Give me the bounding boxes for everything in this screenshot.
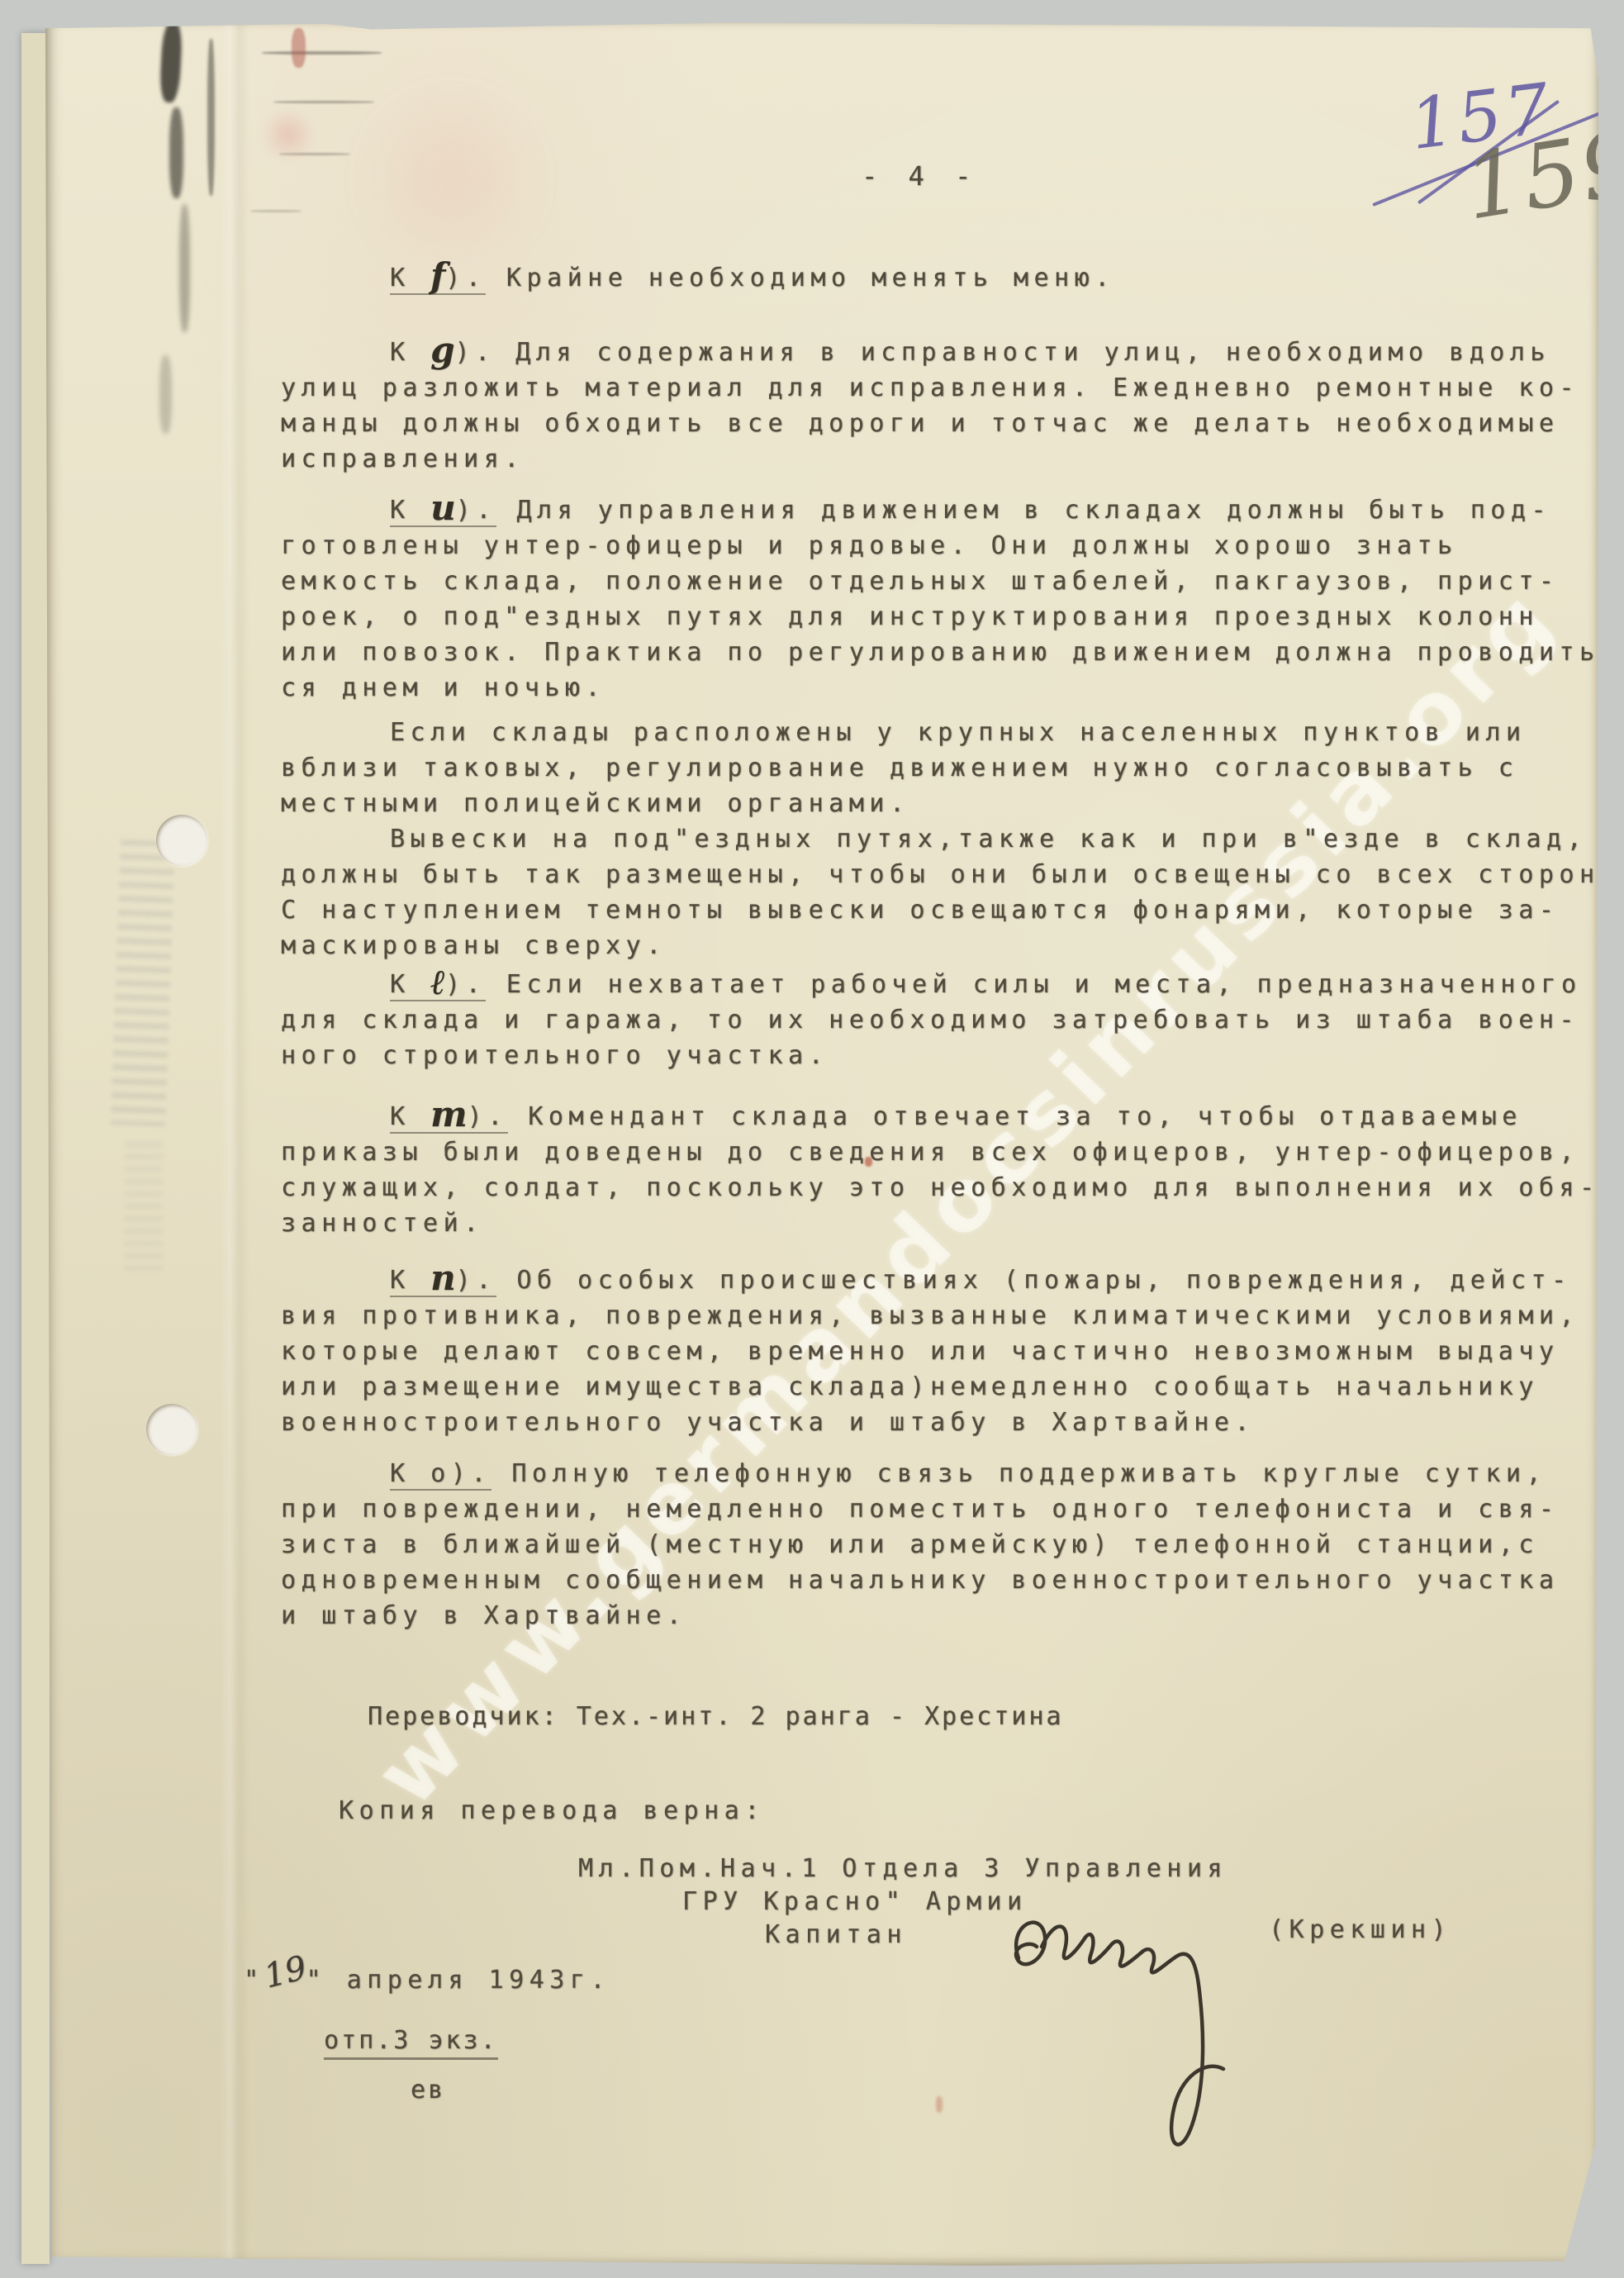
handwritten-list-letter: m	[430, 1094, 467, 1134]
ink-stain	[207, 39, 215, 196]
punch-hole	[146, 1404, 197, 1455]
date-rest: " апреля 1943г.	[306, 1966, 610, 1995]
page-number: - 4 -	[862, 160, 978, 192]
list-marker: К о).	[390, 1459, 491, 1491]
underlying-page-edge	[21, 33, 50, 2264]
list-marker: К g).	[390, 338, 496, 367]
paragraph-item-g: К g). Для содержания в исправности улиц,…	[281, 335, 1624, 477]
fold-crease	[221, 18, 249, 2266]
certification-line: Копия перевода верна:	[339, 1796, 765, 1825]
pink-blot	[262, 107, 315, 162]
typed-list-letter: о	[430, 1459, 451, 1488]
paragraph-continuation: Если склады расположены у крупных населе…	[281, 715, 1624, 821]
signature-ink	[987, 1861, 1284, 2183]
list-marker: К n).	[390, 1266, 496, 1297]
ink-stain	[159, 21, 183, 102]
pencil-dash-mark	[250, 210, 302, 212]
signer-name: (Крекшин)	[1269, 1915, 1451, 1944]
paragraph-item-о: К о). Полную телефонную связь поддержива…	[281, 1456, 1624, 1634]
signer-position-line2: ГРУ Красно" Армии	[682, 1887, 1028, 1916]
handwritten-list-letter: f	[430, 255, 445, 296]
ink-stain	[159, 355, 172, 434]
list-marker: К m).	[390, 1102, 508, 1134]
list-marker: К f).	[390, 264, 486, 295]
paragraph-item-n: К n). Об особых происшествиях (пожары, п…	[281, 1263, 1624, 1440]
pink-tint-area	[364, 76, 538, 283]
red-speck	[936, 2096, 943, 2113]
pencil-dash-mark	[273, 101, 374, 103]
red-ink-mark	[292, 28, 306, 68]
handwritten-day: 19	[260, 1949, 311, 1996]
translator-line: Переводчик: Тех.-инт. 2 ранга - Хрестина	[368, 1702, 1063, 1731]
quote-mark: "	[244, 1966, 264, 1995]
paragraph-item-и: К и). Для управления движением в складах…	[281, 492, 1624, 706]
signer-rank: Капитан	[765, 1920, 907, 1949]
handwritten-list-letter: ℓ	[430, 962, 445, 1002]
paragraph-item-ℓ: К ℓ). Если нехватает рабочей силы и мест…	[281, 967, 1624, 1073]
typist-initials: ев	[411, 2076, 445, 2104]
document-body: К f). Крайне необходимо менять меню.К g)…	[281, 260, 1624, 1634]
list-marker: К и).	[390, 496, 496, 527]
ink-stain	[169, 107, 183, 198]
handwritten-list-letter: n	[430, 1258, 456, 1298]
date-line: "19" апреля 1943г.	[244, 1958, 610, 1996]
handwritten-list-letter: и	[430, 487, 456, 528]
paper-sheet: www.germandocsinrussia.org 157 159 - 4 -…	[45, 18, 1598, 2266]
punch-hole	[156, 815, 207, 866]
paragraph-item-f: К f). Крайне необходимо менять меню.	[281, 260, 1624, 296]
bleed-through-marks	[111, 839, 175, 1126]
ink-stain	[179, 204, 190, 332]
copies-note: отп.3 экз.	[324, 2026, 498, 2055]
list-marker: К ℓ).	[390, 970, 486, 1001]
bleed-through-marks	[125, 1142, 163, 1274]
paragraph-item-m: К m). Комендант склада отвечает за то, ч…	[281, 1099, 1624, 1241]
paragraph-continuation: Вывески на под"ездных путях,также как и …	[281, 821, 1624, 963]
handwritten-list-letter: g	[430, 330, 454, 370]
scanned-document-page: www.germandocsinrussia.org 157 159 - 4 -…	[0, 0, 1624, 2278]
pencil-dash-mark	[262, 51, 382, 55]
